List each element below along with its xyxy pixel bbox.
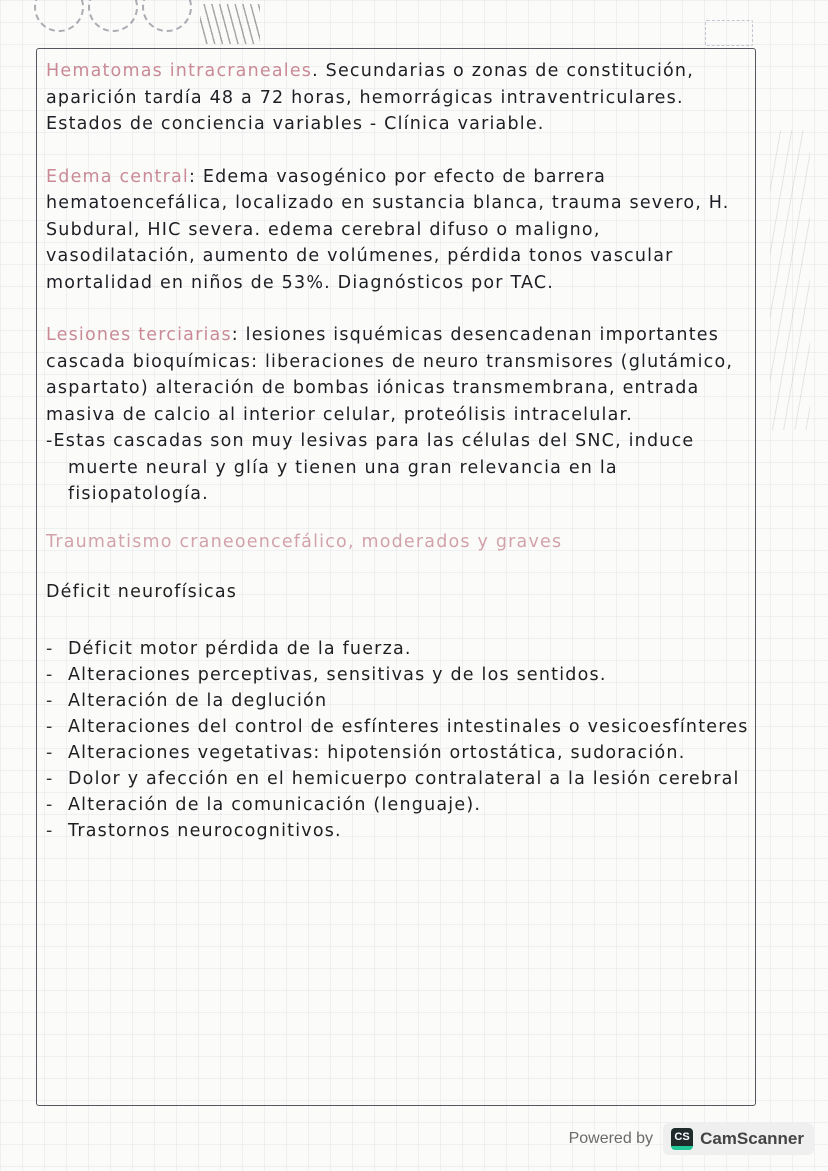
powered-by-label: Powered by — [569, 1130, 654, 1148]
dash-icon: - — [46, 818, 68, 844]
camscanner-logo-icon: CS — [671, 1128, 693, 1150]
section-heading: Lesiones terciarias — [46, 325, 232, 345]
corner-stamp — [705, 20, 753, 46]
section-edema: Edema central: Edema vasogénico por efec… — [46, 164, 752, 297]
camscanner-badge[interactable]: CS CamScanner — [663, 1123, 814, 1155]
margin-doodle — [770, 130, 810, 430]
handwritten-notes: Hematomas intracraneales. Secundarias o … — [46, 58, 752, 844]
stamp-circle-icon — [88, 0, 138, 32]
section-lesiones: Lesiones terciarias: lesiones isquémicas… — [46, 322, 752, 508]
hatch-marks — [200, 4, 260, 44]
list-item: -Déficit motor pérdida de la fuerza. — [46, 636, 752, 662]
list-item: -Dolor y afección en el hemicuerpo contr… — [46, 766, 752, 792]
dash-icon: - — [46, 431, 54, 451]
header-stamps — [34, 0, 192, 32]
list-item: -Alteración de la comunicación (lenguaje… — [46, 792, 752, 818]
deficit-list: -Déficit motor pérdida de la fuerza. -Al… — [46, 636, 752, 844]
camscanner-watermark: Powered by CS CamScanner — [569, 1123, 814, 1155]
deficit-title: Déficit neurofísicas — [46, 582, 752, 602]
list-item: -Trastornos neurocognitivos. — [46, 818, 752, 844]
section-bullet: -Estas cascadas son muy lesivas para las… — [46, 428, 752, 508]
dash-icon: - — [46, 740, 68, 766]
section-hematomas: Hematomas intracraneales. Secundarias o … — [46, 58, 752, 138]
camscanner-name: CamScanner — [700, 1129, 804, 1149]
list-item: -Alteración de la deglución — [46, 688, 752, 714]
dash-icon: - — [46, 714, 68, 740]
dash-icon: - — [46, 662, 68, 688]
list-item: -Alteraciones del control de esfínteres … — [46, 714, 752, 740]
notebook-page: Hematomas intracraneales. Secundarias o … — [0, 0, 828, 1171]
section-heading: Hematomas intracraneales — [46, 61, 312, 81]
trauma-heading: Traumatismo craneoencefálico, moderados … — [46, 532, 752, 552]
stamp-circle-icon — [142, 0, 192, 32]
dash-icon: - — [46, 792, 68, 818]
dash-icon: - — [46, 688, 68, 714]
stamp-circle-icon — [34, 0, 84, 32]
dash-icon: - — [46, 636, 68, 662]
section-heading: Edema central — [46, 167, 189, 187]
list-item: -Alteraciones perceptivas, sensitivas y … — [46, 662, 752, 688]
dash-icon: - — [46, 766, 68, 792]
list-item: -Alteraciones vegetativas: hipotensión o… — [46, 740, 752, 766]
